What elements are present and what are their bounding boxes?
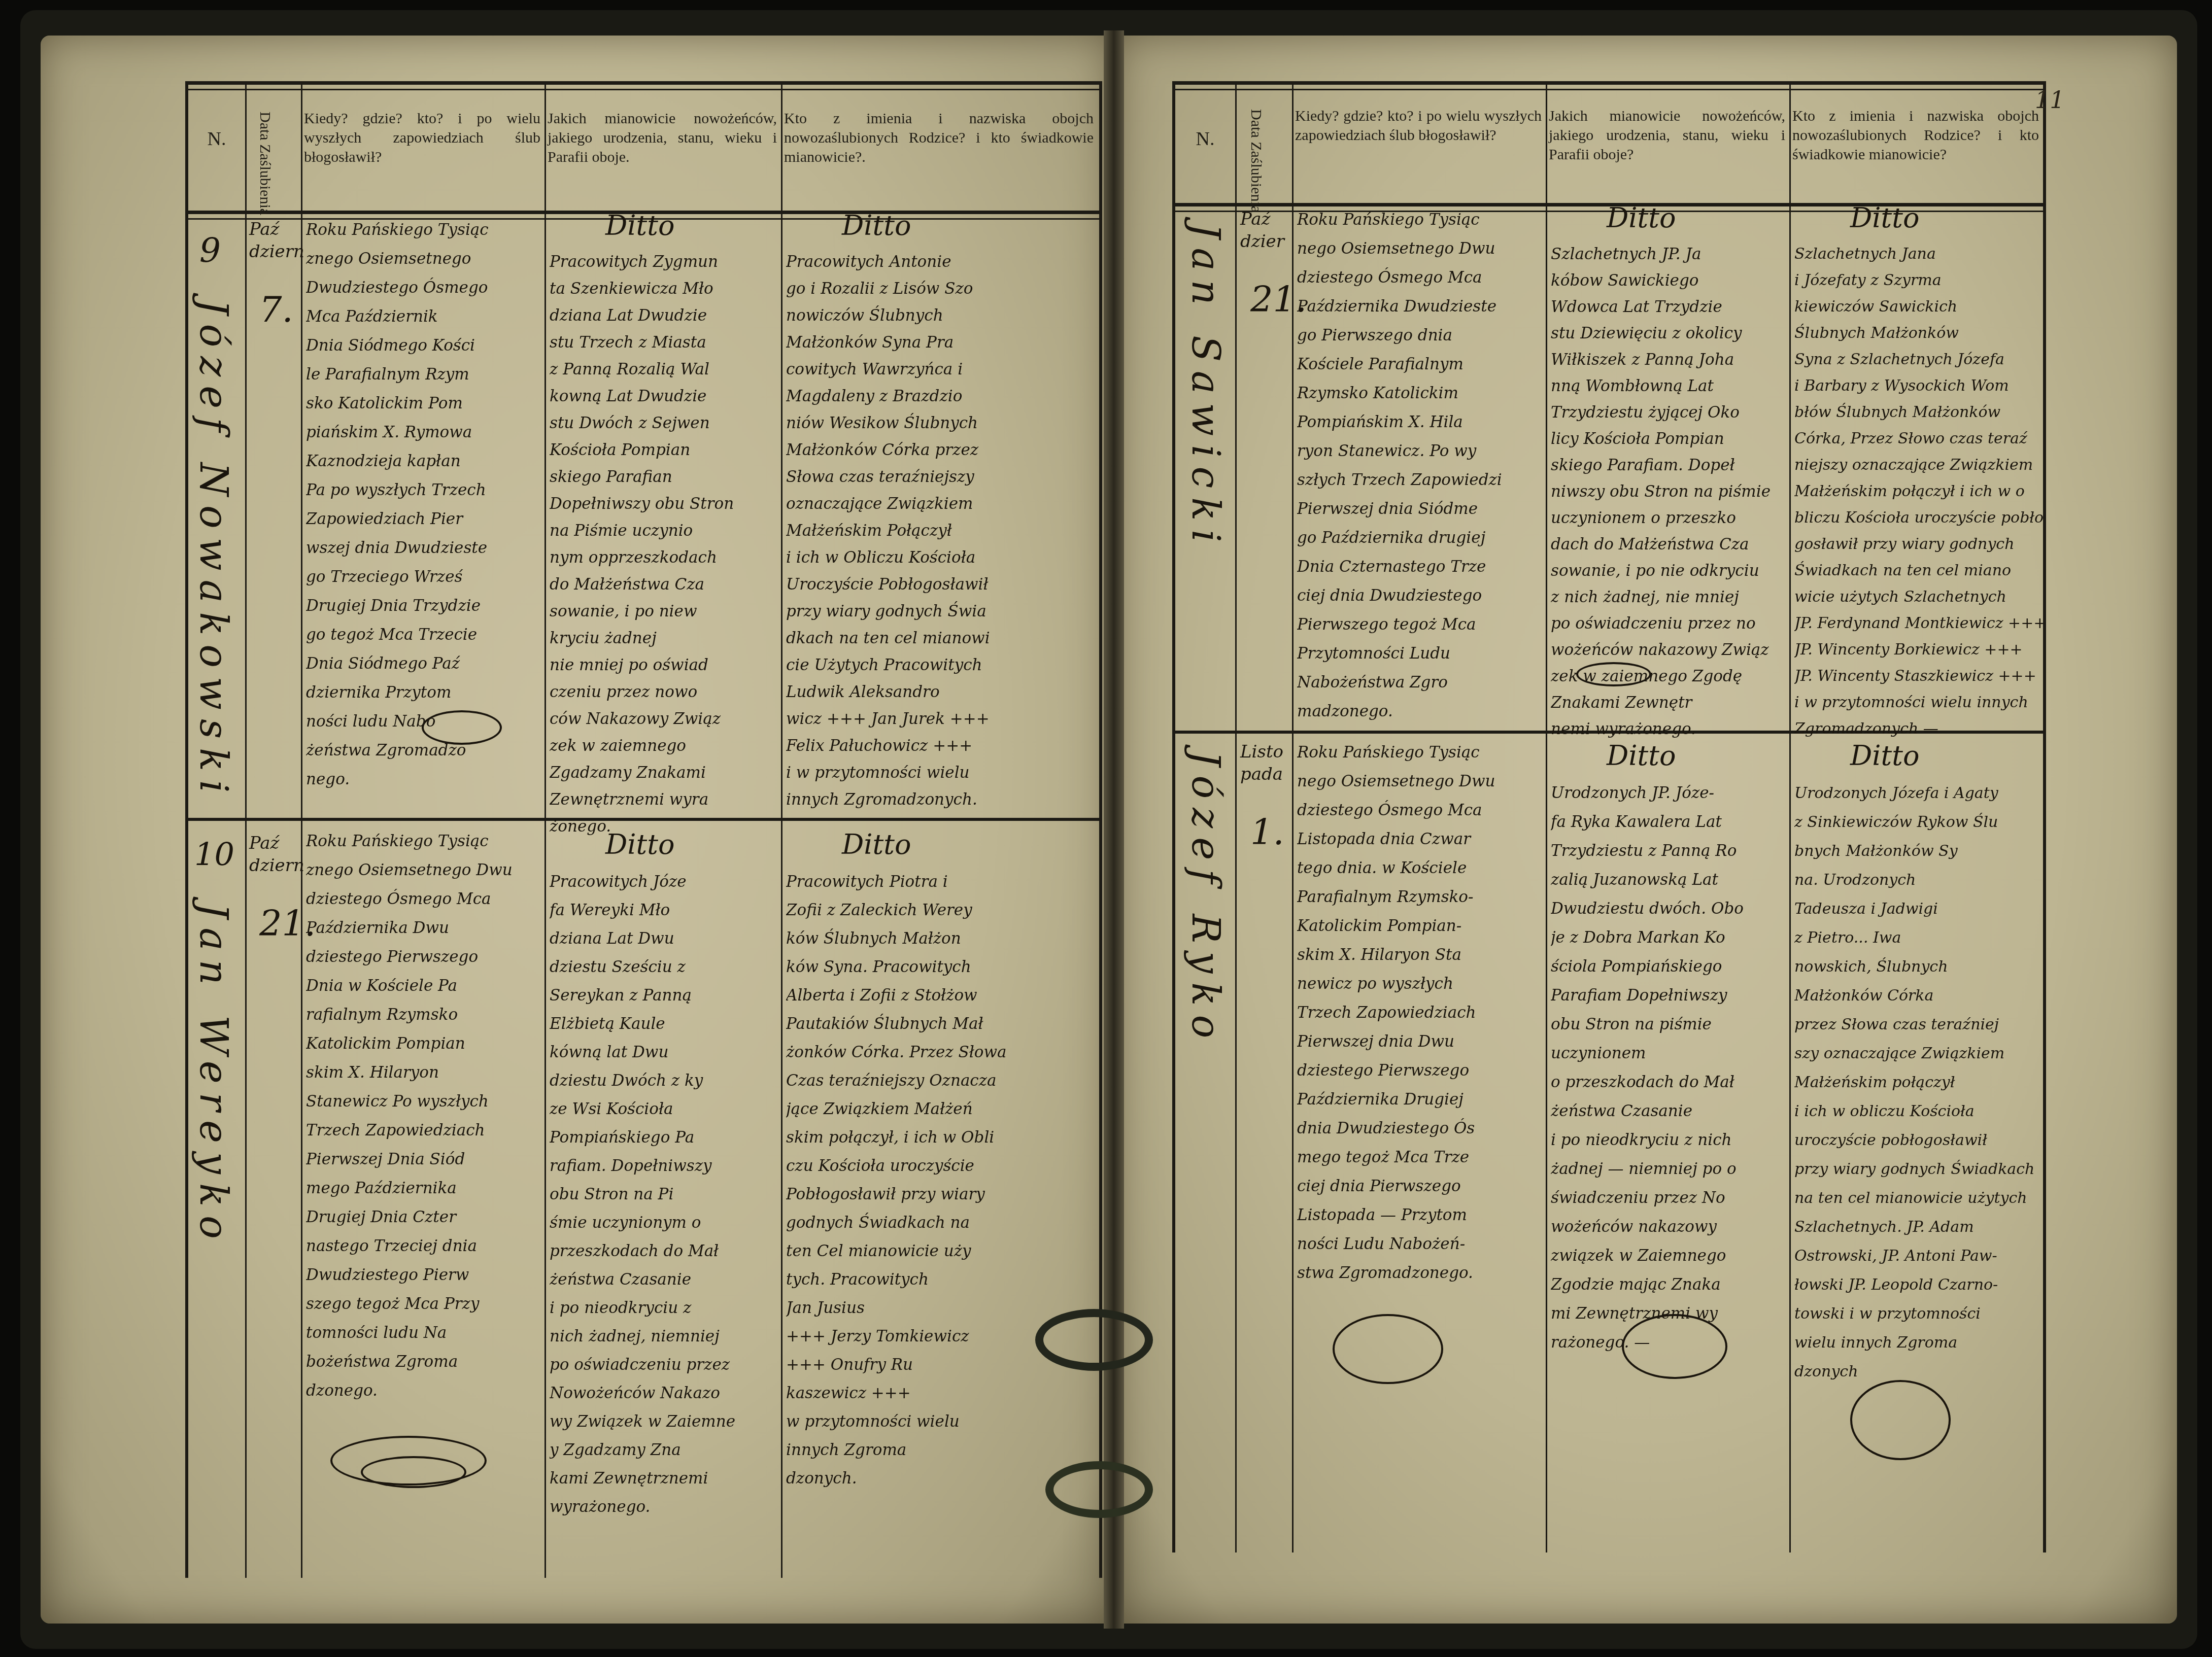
parents-witnesses-text: Ditto Szlachetnych Janai Józefaty z Szyr… [1794,195,2043,742]
column-divider [245,81,247,1578]
binding-thread [1045,1461,1153,1518]
header-date: Data Zaślubienia [256,112,274,215]
newlyweds-text: Ditto Pracowitych Zygmunta Szenkiewicza … [550,203,779,840]
margin-name: Jan Wereyko [191,903,236,1248]
date-month: Listo pada [1240,742,1283,784]
entry-number: 9 [199,228,221,273]
column-divider [1546,81,1547,1552]
header-parents-witnesses: Kto z imienia i nazwiska obojch nowozaśl… [1792,107,2039,164]
binding-thread [1035,1309,1153,1371]
right-register-table: N. Data Zaślubienia Kiedy? gdzie? kto? i… [1172,81,2046,1552]
date-month: Paź dziern [249,833,304,876]
column-divider [301,81,302,1578]
newlyweds-text: Ditto Urodzonych JP. Józe-fa Ryka Kawale… [1551,733,1787,1357]
header-newlyweds: Jakich mianowicie nowożeńców, jakiego ur… [1549,107,1785,164]
page-number: 11 [2035,86,2065,114]
ceremony-text: Roku Pańskiego Tysiącznego Osiemsetnego … [306,827,542,1405]
signature-flourish [1850,1380,1951,1460]
header-newlyweds: Jakich mianowicie nowożeńców, jakiego ur… [548,109,777,167]
parents-witnesses-text: Ditto Pracowitych Piotra iZofii z Zaleck… [786,822,1096,1493]
ceremony-text: Roku Pańskiego Tysiącnego Osiemsetnego D… [1297,738,1544,1288]
margin-name: Józef Ryko [1183,751,1229,1047]
parents-witnesses-text: Ditto Urodzonych Józefa i Agatyz Sinkiew… [1794,733,2043,1386]
date-day: 1. [1250,821,1291,843]
header-date: Data Zaślubienia [1247,109,1265,213]
signature-flourish [422,710,502,745]
signature-flourish [361,1456,466,1488]
column-divider [1235,81,1237,1552]
newlyweds-text: Ditto Pracowitych Józefa Wereyki Młodzia… [550,822,779,1521]
date-day: 21. [1250,288,1291,310]
header-when-where: Kiedy? gdzie? kto? i po wielu wyszłych z… [304,109,540,167]
header-number: N. [1175,129,1235,149]
signature-flourish [1622,1314,1727,1379]
marriage-date: Paź dziern 7. [249,218,300,321]
ceremony-text: Roku Pańskiego Tysiącnego Osiemsetnego D… [1297,205,1544,726]
column-divider [1789,81,1791,1552]
marriage-date: Paź dzier 21. [1240,208,1291,310]
parents-witnesses-text: Ditto Pracowitych Antoniego i Rozalii z … [786,203,1096,813]
column-divider [545,81,546,1578]
signature-flourish [1333,1314,1443,1384]
marriage-date: Paź dziern 21. [249,832,300,935]
date-month: Paź dziern [249,219,304,262]
entry-number: 10 [194,832,234,877]
newlyweds-text: Ditto Szlachetnych JP. Jakóbow Sawickieg… [1551,195,1787,742]
date-day: 21. [259,912,300,935]
left-register-table: N. Data Zaślubienia Kiedy? gdzie? kto? i… [185,81,1102,1578]
marriage-date: Listo pada 1. [1240,741,1291,843]
margin-name: Józef Nowakowski [191,299,236,802]
header-when-where: Kiedy? gdzie? kto? i po wielu wyszłych z… [1295,107,1542,145]
margin-name: Jan Sawicki [1183,223,1229,551]
date-day: 7. [259,298,300,321]
header-top-rule [1175,81,2043,90]
column-divider [781,81,782,1578]
header-parents-witnesses: Kto z imienia i nazwiska obojch nowozaśl… [784,109,1094,167]
book-gutter [1104,30,1124,1629]
date-month: Paź dzier [1240,209,1284,252]
header-number: N. [188,129,245,149]
signature-flourish [1576,662,1651,686]
header-top-rule [188,81,1099,90]
ceremony-text: Roku Pańskiego Tysiącznego OsiemsetnegoD… [306,216,542,794]
